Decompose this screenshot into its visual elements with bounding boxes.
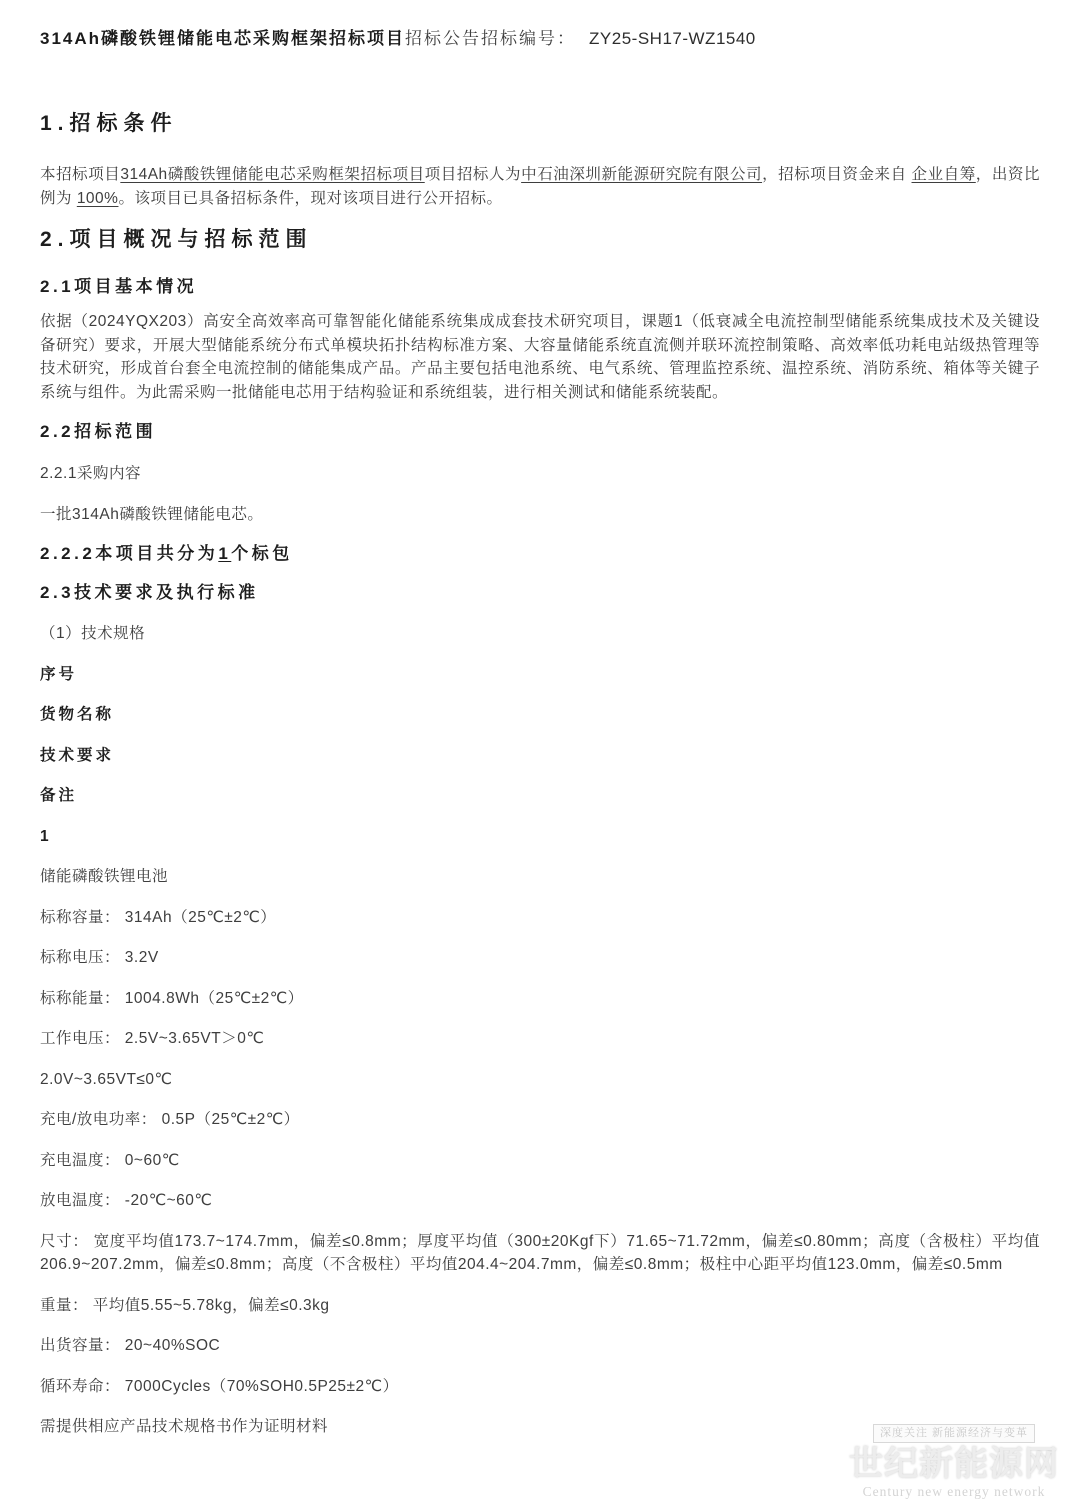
heading-tender-scope: 2.2招标范围 [40, 421, 1040, 443]
table-header-serial: 序号 [40, 663, 1040, 687]
table-header-tech-requirement: 技术要求 [40, 744, 1040, 768]
row-goods-name: 储能磷酸铁锂电池 [40, 865, 1040, 889]
spec-cycle-life: 循环寿命： 7000Cycles（70%SOH0.5P25±2℃） [40, 1375, 1040, 1399]
heading-basic-info: 2.1项目基本情况 [40, 276, 1040, 298]
spec-nominal-capacity: 标称容量： 314Ah（25℃±2℃） [40, 906, 1040, 930]
heading-tender-conditions: 1.招标条件 [40, 110, 1040, 138]
packages-prefix: 2.2.2本项目共分为 [40, 544, 218, 563]
underline-project-name: 314Ah磷酸铁锂储能电芯采购框架招标项目 [120, 166, 424, 183]
watermark-brand-logo: 世纪新能源网 [838, 1444, 1070, 1484]
spec-weight: 重量： 平均值5.55~5.78kg，偏差≤0.3kg [40, 1294, 1040, 1318]
spec-working-voltage: 工作电压： 2.5V~3.65VT＞0℃ [40, 1027, 1040, 1051]
spec-nominal-energy: 标称能量： 1004.8Wh（25℃±2℃） [40, 987, 1040, 1011]
row-serial-number: 1 [40, 825, 1040, 849]
tender-code: ZY25-SH17-WZ1540 [589, 29, 756, 48]
heading-project-overview: 2.项目概况与招标范围 [40, 226, 1040, 254]
underline-fund-ratio: 100% [77, 190, 119, 207]
spec-dimensions: 尺寸： 宽度平均值173.7~174.7mm，偏差≤0.8mm；厚度平均值（30… [40, 1230, 1040, 1277]
packages-count-underlined: 1 [218, 544, 231, 563]
procurement-content-text: 一批314Ah磷酸铁锂储能电芯。 [40, 503, 1040, 527]
heading-packages: 2.2.2本项目共分为1个标包 [40, 543, 1040, 565]
intro-text-3: ，招标项目资金来自 [762, 166, 911, 183]
watermark-english-name: Century new energy network [838, 1484, 1070, 1499]
spec-charge-temperature: 充电温度： 0~60℃ [40, 1149, 1040, 1173]
procurement-content-label: 2.2.1采购内容 [40, 462, 1040, 486]
spec-shipping-capacity: 出货容量： 20~40%SOC [40, 1334, 1040, 1358]
spec-charge-discharge-power: 充电/放电功率： 0.5P（25℃±2℃） [40, 1108, 1040, 1132]
tech-spec-label: （1）技术规格 [40, 622, 1040, 646]
heading-technical-requirements: 2.3技术要求及执行标准 [40, 582, 1040, 604]
spec-nominal-voltage: 标称电压： 3.2V [40, 946, 1040, 970]
packages-suffix: 个标包 [231, 544, 293, 563]
spec-discharge-temperature: 放电温度： -20℃~60℃ [40, 1189, 1040, 1213]
intro-text-1: 本招标项目 [40, 166, 120, 183]
doc-title-label: 招标公告招标编号： [405, 29, 576, 48]
underline-tenderer-name: 中石油深圳新能源研究院有限公司 [521, 166, 762, 183]
spec-working-voltage-low-temp: 2.0V~3.65VT≤0℃ [40, 1068, 1040, 1092]
underline-fund-source: 企业自筹 [912, 166, 976, 183]
intro-paragraph: 本招标项目314Ah磷酸铁锂储能电芯采购框架招标项目项目招标人为中石油深圳新能源… [40, 163, 1040, 210]
document-page: 314Ah磷酸铁锂储能电芯采购框架招标项目招标公告招标编号：ZY25-SH17-… [0, 27, 1080, 1439]
doc-title-project-name: 314Ah磷酸铁锂储能电芯采购框架招标项目 [40, 29, 405, 48]
basic-info-paragraph: 依据（2024YQX203）高安全高效率高可靠智能化储能系统集成成套技术研究项目… [40, 310, 1040, 404]
table-header-remarks: 备注 [40, 784, 1040, 808]
certification-note: 需提供相应产品技术规格书作为证明材料 [40, 1415, 1040, 1439]
intro-text-5: 。该项目已具备招标条件，现对该项目进行公开招标。 [118, 190, 502, 207]
intro-text-2: 项目招标人为 [425, 166, 521, 183]
table-header-goods-name: 货物名称 [40, 703, 1040, 727]
doc-title: 314Ah磷酸铁锂储能电芯采购框架招标项目招标公告招标编号：ZY25-SH17-… [40, 27, 1040, 51]
